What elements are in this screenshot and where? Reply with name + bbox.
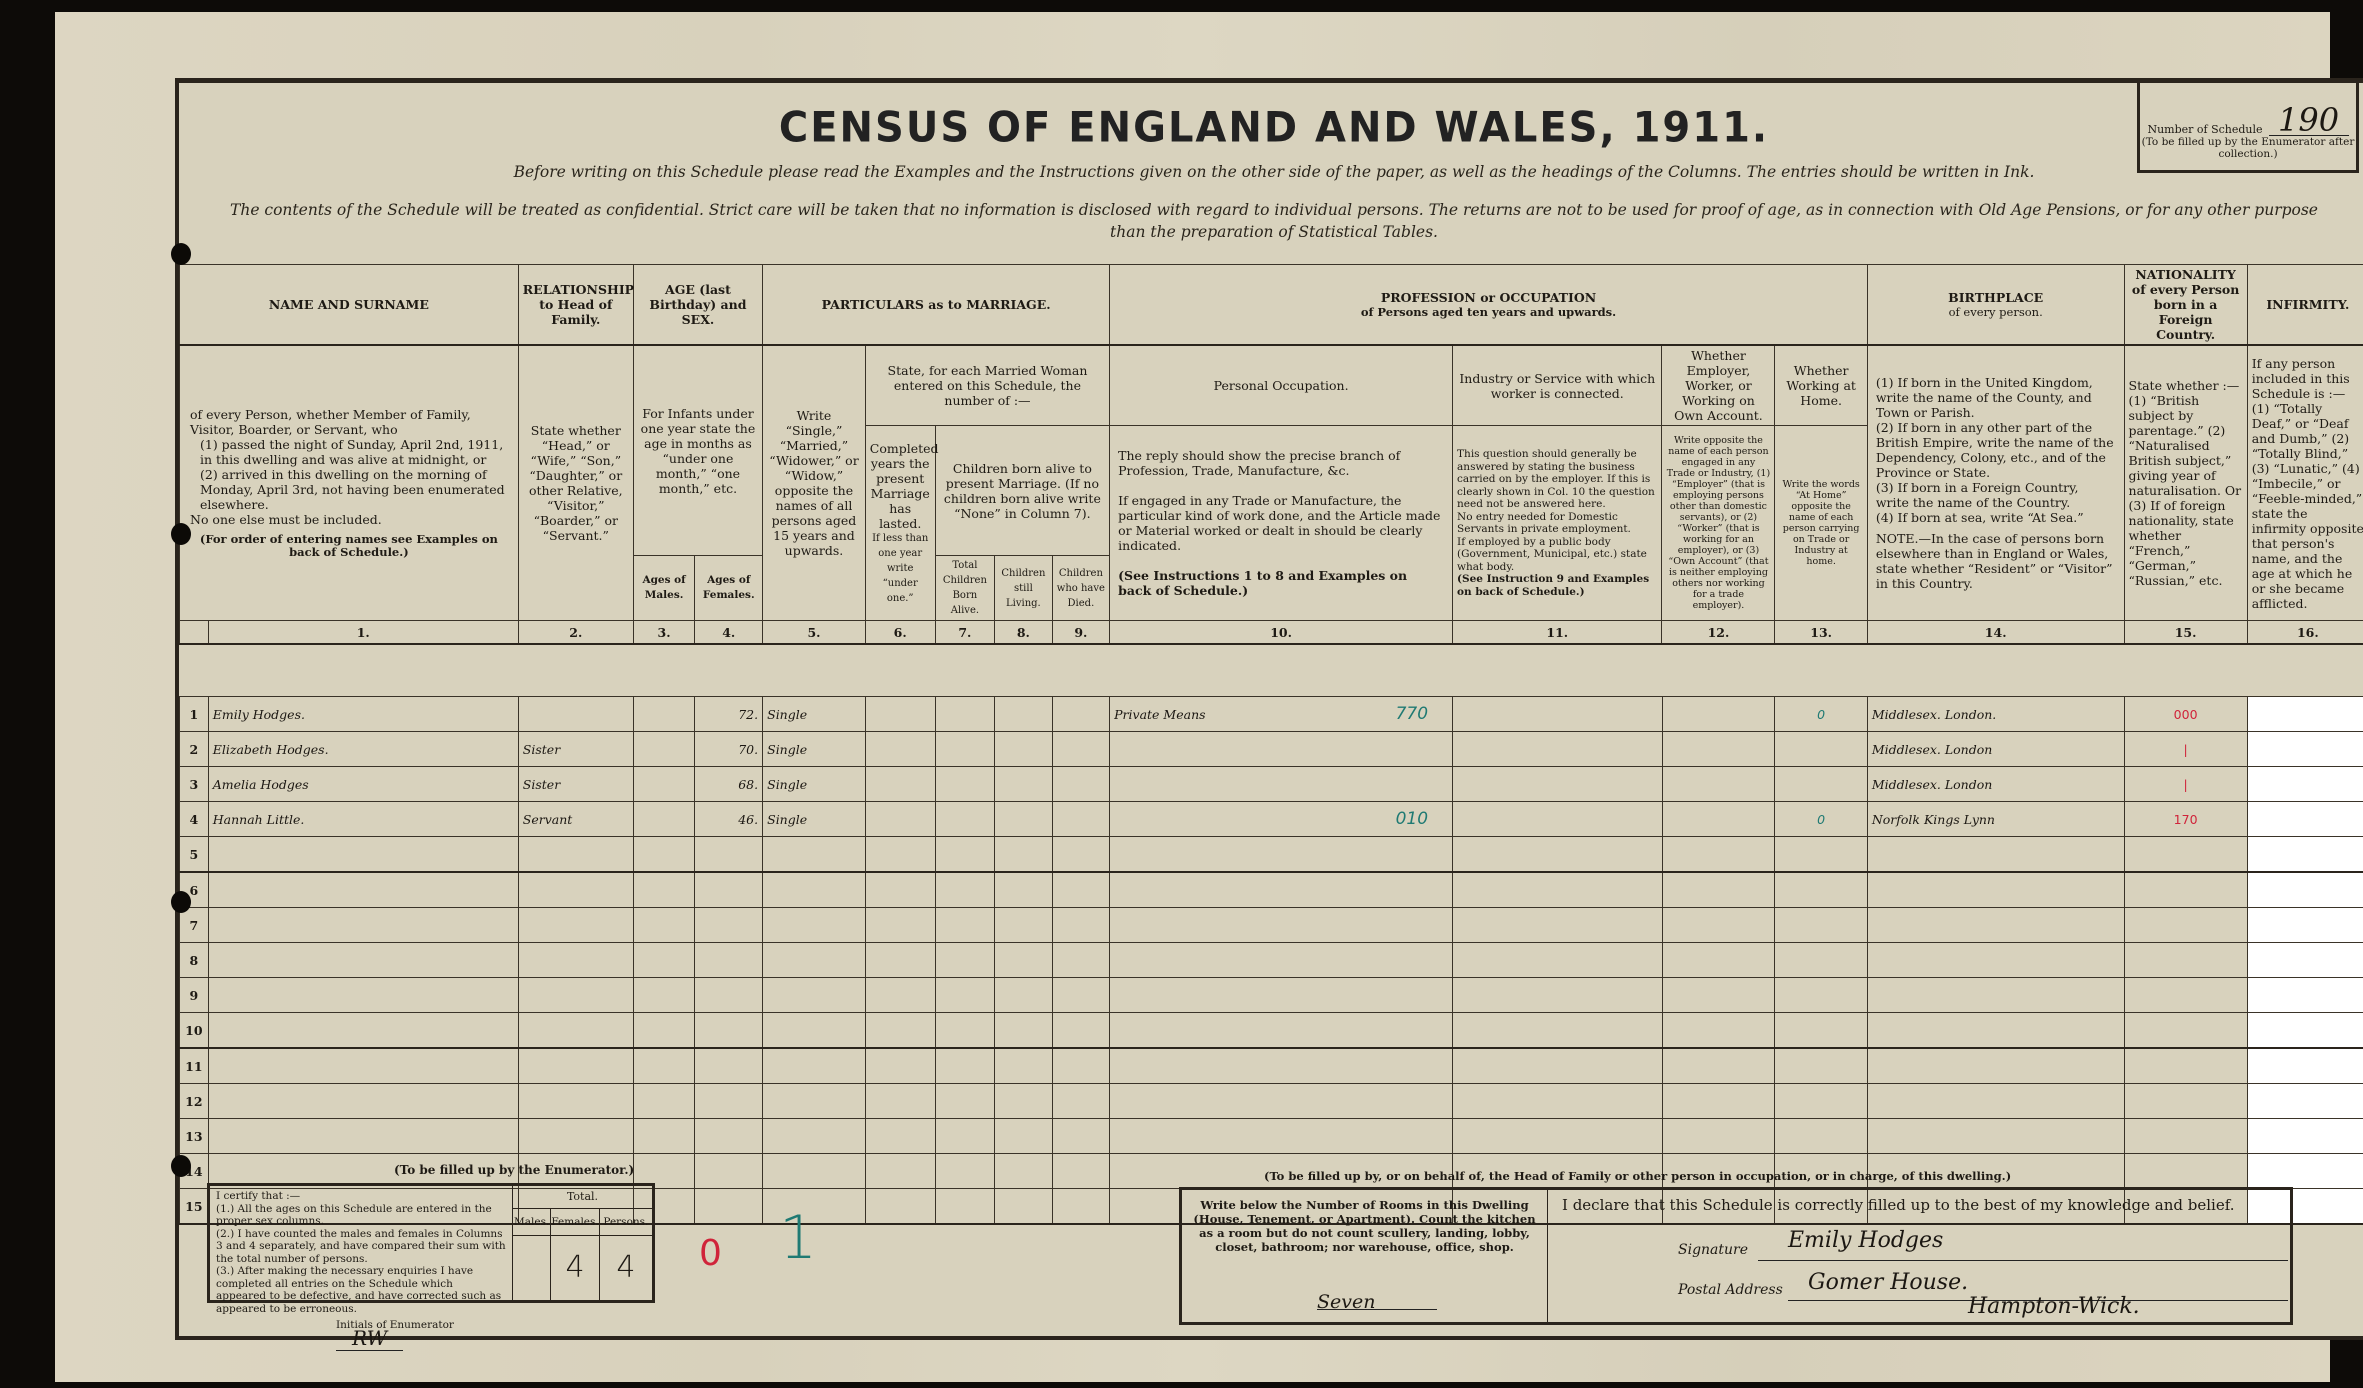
- name-cell: [208, 872, 518, 908]
- occupation-cell: [1110, 872, 1453, 908]
- column-number-7: 7.: [935, 621, 995, 645]
- table-row: 2Elizabeth Hodges.Sister70.SingleMiddles…: [180, 732, 2363, 767]
- years-married-cell: [865, 1119, 935, 1154]
- name-instructions: of every Person, whether Member of Famil…: [180, 345, 519, 621]
- ages-males-label: Ages of Males.: [633, 556, 695, 621]
- total-children-cell: [935, 1154, 995, 1189]
- table-row: 6: [180, 872, 2363, 908]
- relationship-instructions: State whether “Head,” or “Wife,” “Son,” …: [518, 345, 633, 621]
- employer-cell: [1662, 837, 1775, 873]
- female-age-cell: [695, 1084, 763, 1119]
- table-row: 10: [180, 1013, 2363, 1049]
- table-row: 12: [180, 1084, 2363, 1119]
- children-died-cell: [1052, 1013, 1109, 1049]
- census-table: NAME AND SURNAME RELATIONSHIP to Head of…: [179, 264, 2363, 645]
- industry-cell: [1453, 908, 1662, 943]
- industry-cell: [1453, 1048, 1662, 1084]
- years-married-cell: [865, 767, 935, 802]
- marital-cell: Single: [763, 767, 866, 802]
- employer-cell: [1662, 943, 1775, 978]
- marital-cell: [763, 978, 866, 1013]
- name-cell: [208, 1013, 518, 1049]
- relationship-cell: [518, 837, 633, 873]
- row-number: 15: [180, 1189, 209, 1225]
- working-home-cell: [1775, 837, 1867, 873]
- birthplace-cell: Middlesex. London: [1867, 767, 2124, 802]
- children-living-cell: [995, 1154, 1052, 1189]
- years-married-cell: [865, 1084, 935, 1119]
- children-living-cell: [995, 697, 1052, 732]
- occupation-cell: [1110, 732, 1453, 767]
- table-row: 4Hannah Little.Servant46.Single0100Norfo…: [180, 802, 2363, 837]
- enumerator-label: (To be filled up by the Enumerator.): [394, 1163, 634, 1177]
- male-age-cell: [633, 872, 695, 908]
- working-home-cell: [1775, 1084, 1867, 1119]
- confidential-line-1: The contents of the Schedule will be tre…: [179, 201, 2363, 219]
- col10-instr-3: (See Instructions 1 to 8 and Examples on…: [1118, 568, 1444, 598]
- married-woman-instructions: State, for each Married Woman entered on…: [865, 345, 1109, 426]
- relationship-cell: [518, 872, 633, 908]
- nationality-cell: [2124, 1154, 2247, 1189]
- children-instructions: Children born alive to present Marriage.…: [935, 426, 1110, 556]
- red-check-mark: 0: [699, 1233, 722, 1274]
- table-row: 3Amelia HodgesSister68.SingleMiddlesex. …: [180, 767, 2363, 802]
- years-married-cell: [865, 697, 935, 732]
- total-children-cell: [935, 1013, 995, 1049]
- row-number: 9: [180, 978, 209, 1013]
- females-label: Females.: [551, 1209, 598, 1236]
- col10-instr-2: If engaged in any Trade or Manufacture, …: [1118, 493, 1444, 553]
- working-home-cell: [1775, 943, 1867, 978]
- occupation-cell: [1110, 767, 1453, 802]
- occupation-code: 010: [1396, 812, 1428, 827]
- birthplace-cell: [1867, 1084, 2124, 1119]
- census-paper: CENSUS OF ENGLAND AND WALES, 1911. Befor…: [55, 12, 2330, 1382]
- name-cell: [208, 1048, 518, 1084]
- header-name: NAME AND SURNAME: [180, 265, 519, 346]
- census-rows: 1Emily Hodges.72.SinglePrivate Means7700…: [179, 696, 2363, 1225]
- total-males: [513, 1236, 550, 1300]
- male-age-cell: [633, 732, 695, 767]
- header-infirmity: INFIRMITY.: [2247, 265, 2363, 346]
- infirmity-cell: [2247, 1084, 2363, 1119]
- total-children-cell: [935, 732, 995, 767]
- industry-cell: [1453, 837, 1662, 873]
- female-age-cell: [695, 872, 763, 908]
- children-died-cell: [1052, 732, 1109, 767]
- industry-cell: [1453, 872, 1662, 908]
- certify-item-3: (3.) After making the necessary enquirie…: [216, 1265, 506, 1315]
- infirmity-cell: [2247, 767, 2363, 802]
- employer-cell: [1662, 732, 1775, 767]
- birthplace-cell: [1867, 872, 2124, 908]
- col6-text: Completed years the present Marriage has…: [870, 441, 931, 531]
- industry-cell: [1453, 978, 1662, 1013]
- industry-cell: [1453, 943, 1662, 978]
- birthplace-note: NOTE.—In the case of persons born elsewh…: [1876, 531, 2116, 591]
- industry-cell: [1453, 767, 1662, 802]
- years-married-cell: [865, 908, 935, 943]
- schedule-number-box: Number of Schedule 190 (To be filled up …: [2137, 83, 2359, 173]
- industry-cell: [1453, 1119, 1662, 1154]
- years-married-cell: [865, 1048, 935, 1084]
- relationship-cell: [518, 1084, 633, 1119]
- infirmity-cell: [2247, 1013, 2363, 1049]
- birthplace-instr-3: (3) If born in a Foreign Country, write …: [1876, 480, 2116, 510]
- employer-cell: [1662, 908, 1775, 943]
- certify-item-2: (2.) I have counted the males and female…: [216, 1228, 506, 1266]
- nationality-cell: [2124, 978, 2247, 1013]
- table-row: 8: [180, 943, 2363, 978]
- birthplace-cell: [1867, 1013, 2124, 1049]
- birthplace-instr-1: (1) If born in the United Kingdom, write…: [1876, 375, 2116, 420]
- declaration-text: I declare that this Schedule is correctl…: [1562, 1196, 2276, 1214]
- personal-occupation-instructions: The reply should show the precise branch…: [1110, 426, 1453, 621]
- nationality-cell: |: [2124, 767, 2247, 802]
- punch-hole: [171, 523, 191, 545]
- name-instr-1: of every Person, whether Member of Famil…: [190, 407, 508, 437]
- signature: Emily Hodges: [1788, 1228, 1943, 1253]
- name-cell: [208, 943, 518, 978]
- industry-title: Industry or Service with which worker is…: [1453, 345, 1662, 426]
- children-living-cell: [995, 1119, 1052, 1154]
- employer-cell: [1662, 767, 1775, 802]
- working-home-cell: [1775, 1013, 1867, 1049]
- total-children-cell: [935, 1189, 995, 1225]
- male-age-cell: [633, 802, 695, 837]
- relationship-cell: [518, 1048, 633, 1084]
- children-died-cell: [1052, 837, 1109, 873]
- male-age-cell: [633, 767, 695, 802]
- employer-cell: [1662, 1119, 1775, 1154]
- female-age-cell: [695, 1119, 763, 1154]
- years-married-cell: [865, 978, 935, 1013]
- relationship-cell: [518, 978, 633, 1013]
- relationship-cell: [518, 697, 633, 732]
- birthplace-cell: Middlesex. London.: [1867, 697, 2124, 732]
- total-children-cell: [935, 767, 995, 802]
- years-married-cell: [865, 872, 935, 908]
- header-birthplace-subtitle: of every person.: [1872, 305, 2120, 320]
- occupation-cell: [1110, 1048, 1453, 1084]
- name-instr-2: (1) passed the night of Sunday, April 2n…: [190, 437, 508, 467]
- children-died-cell: [1052, 1119, 1109, 1154]
- children-living-label: Children still Living.: [995, 556, 1052, 621]
- infirmity-cell: [2247, 802, 2363, 837]
- signature-line: [1758, 1260, 2288, 1261]
- name-instr-5: (For order of entering names see Example…: [190, 533, 508, 560]
- total-children-cell: [935, 1048, 995, 1084]
- punch-hole: [171, 1155, 191, 1177]
- birthplace-instr-4: (4) If born at sea, write “At Sea.”: [1876, 510, 2116, 525]
- children-living-cell: [995, 732, 1052, 767]
- industry-cell: [1453, 1084, 1662, 1119]
- children-died-label: Children who have Died.: [1052, 556, 1110, 621]
- column-number-1: 1.: [208, 621, 518, 645]
- total-children-cell: [935, 1119, 995, 1154]
- years-married-instructions: Completed years the present Marriage has…: [865, 426, 935, 621]
- nationality-cell: [2124, 1048, 2247, 1084]
- children-died-cell: [1052, 802, 1109, 837]
- ages-females-label: Ages of Females.: [695, 556, 763, 621]
- children-living-cell: [995, 872, 1052, 908]
- occupation-cell: [1110, 1119, 1453, 1154]
- marital-cell: [763, 908, 866, 943]
- relationship-cell: [518, 908, 633, 943]
- total-persons: 4: [600, 1236, 652, 1300]
- birthplace-cell: Norfolk Kings Lynn: [1867, 802, 2124, 837]
- relationship-cell: Servant: [518, 802, 633, 837]
- col11-instr-3: If employed by a public body (Government…: [1457, 536, 1657, 574]
- column-number-2: 2.: [518, 621, 633, 645]
- enumerator-initials: RW: [336, 1326, 403, 1351]
- nationality-cell: [2124, 872, 2247, 908]
- relationship-cell: Sister: [518, 732, 633, 767]
- name-cell: [208, 837, 518, 873]
- female-age-cell: 72.: [695, 697, 763, 732]
- working-home-cell: [1775, 732, 1867, 767]
- total-children-cell: [935, 943, 995, 978]
- years-married-cell: [865, 1013, 935, 1049]
- industry-instructions: This question should generally be answer…: [1453, 426, 1662, 621]
- children-living-cell: [995, 943, 1052, 978]
- schedule-number: 190: [2269, 105, 2349, 136]
- nationality-cell: |: [2124, 732, 2247, 767]
- female-age-cell: [695, 1013, 763, 1049]
- header-occupation-subtitle: of Persons aged ten years and upwards.: [1114, 305, 1863, 320]
- name-cell: Amelia Hodges: [208, 767, 518, 802]
- occupation-cell: [1110, 978, 1453, 1013]
- marital-cell: Single: [763, 697, 866, 732]
- name-cell: [208, 978, 518, 1013]
- males-label: Males.: [513, 1209, 550, 1236]
- working-home-cell: 0: [1775, 697, 1867, 732]
- row-number: 1: [180, 697, 209, 732]
- header-age: AGE (last Birthday) and SEX.: [633, 265, 762, 346]
- years-married-cell: [865, 802, 935, 837]
- row-number: 5: [180, 837, 209, 873]
- children-died-cell: [1052, 1084, 1109, 1119]
- industry-cell: [1453, 1013, 1662, 1049]
- children-living-cell: [995, 908, 1052, 943]
- table-row: 7: [180, 908, 2363, 943]
- female-age-cell: [695, 943, 763, 978]
- postal-address-2: Hampton-Wick.: [1968, 1294, 2140, 1319]
- name-instr-3: (2) arrived in this dwelling on the morn…: [190, 467, 508, 512]
- name-cell: Emily Hodges.: [208, 697, 518, 732]
- children-died-cell: [1052, 767, 1109, 802]
- children-living-cell: [995, 837, 1052, 873]
- birthplace-cell: [1867, 1119, 2124, 1154]
- nationality-cell: 170: [2124, 802, 2247, 837]
- row-number: 10: [180, 1013, 209, 1049]
- total-label: Total.: [513, 1186, 652, 1209]
- employer-instructions: Write opposite the name of each person e…: [1662, 426, 1775, 621]
- name-cell: Hannah Little.: [208, 802, 518, 837]
- children-living-cell: [995, 1189, 1052, 1225]
- occupation-cell: [1110, 908, 1453, 943]
- infirmity-cell: [2247, 1119, 2363, 1154]
- document-title: CENSUS OF ENGLAND AND WALES, 1911.: [179, 104, 2363, 152]
- male-age-cell: [633, 978, 695, 1013]
- name-cell: [208, 1119, 518, 1154]
- female-age-cell: [695, 978, 763, 1013]
- name-cell: [208, 908, 518, 943]
- children-living-cell: [995, 1084, 1052, 1119]
- nationality-cell: [2124, 908, 2247, 943]
- column-number-5: 5.: [763, 621, 866, 645]
- female-age-cell: [695, 1048, 763, 1084]
- confidential-line-2: than the preparation of Statistical Tabl…: [179, 223, 2363, 241]
- nationality-cell: [2124, 1119, 2247, 1154]
- nationality-cell: [2124, 943, 2247, 978]
- occupation-cell: [1110, 1013, 1453, 1049]
- marital-cell: [763, 1013, 866, 1049]
- nationality-cell: 000: [2124, 697, 2247, 732]
- female-age-cell: [695, 908, 763, 943]
- children-died-cell: [1052, 697, 1109, 732]
- totals: Total. Males. Females.4 Persons.4: [513, 1186, 652, 1300]
- children-died-cell: [1052, 1189, 1109, 1225]
- row-number: 4: [180, 802, 209, 837]
- marital-cell: [763, 1154, 866, 1189]
- column-number-11: 11.: [1453, 621, 1662, 645]
- row-number: 7: [180, 908, 209, 943]
- female-age-cell: [695, 1189, 763, 1225]
- birthplace-cell: [1867, 837, 2124, 873]
- occupation-text: Private Means: [1114, 707, 1205, 722]
- marital-cell: [763, 837, 866, 873]
- occupation-cell: 010: [1110, 802, 1453, 837]
- birthplace-cell: [1867, 1048, 2124, 1084]
- children-died-cell: [1052, 1048, 1109, 1084]
- relationship-cell: [518, 943, 633, 978]
- signature-label: Signature: [1678, 1242, 1748, 1258]
- industry-cell: [1453, 697, 1662, 732]
- column-number-12: 12.: [1662, 621, 1775, 645]
- marital-cell: Single: [763, 732, 866, 767]
- infirmity-cell: [2247, 837, 2363, 873]
- male-age-cell: [633, 1013, 695, 1049]
- male-age-cell: [633, 1119, 695, 1154]
- working-home-cell: [1775, 908, 1867, 943]
- personal-occupation-title: Personal Occupation.: [1110, 345, 1453, 426]
- total-children-label: Total Children Born Alive.: [935, 556, 995, 621]
- head-label: (To be filled up by, or on behalf of, th…: [1264, 1169, 2011, 1183]
- infirmity-cell: [2247, 1154, 2363, 1189]
- header-birthplace-title: BIRTHPLACE: [1872, 290, 2120, 305]
- infirmity-cell: [2247, 943, 2363, 978]
- column-number-15: 15.: [2124, 621, 2247, 645]
- years-married-cell: [865, 1154, 935, 1189]
- enumerator-certification-box: I certify that :— (1.) All the ages on t…: [207, 1183, 655, 1303]
- col11-instr-2: No entry needed for Domestic Servants in…: [1457, 511, 1657, 536]
- years-married-cell: [865, 837, 935, 873]
- children-living-cell: [995, 1048, 1052, 1084]
- infirmity-instructions: If any person included in this Schedule …: [2247, 345, 2363, 621]
- marital-cell: [763, 1119, 866, 1154]
- postal-address-1: Gomer House.: [1808, 1270, 1968, 1295]
- total-children-cell: [935, 1084, 995, 1119]
- marital-cell: [763, 943, 866, 978]
- male-age-cell: [633, 1084, 695, 1119]
- name-cell: [208, 1084, 518, 1119]
- nationality-cell: [2124, 1013, 2247, 1049]
- total-children-cell: [935, 802, 995, 837]
- industry-cell: [1453, 802, 1662, 837]
- column-number-16: 16.: [2247, 621, 2363, 645]
- col6-small: If less than one year write “under one.”: [870, 531, 931, 606]
- total-children-cell: [935, 978, 995, 1013]
- working-home-cell: 0: [1775, 802, 1867, 837]
- infirmity-cell: [2247, 908, 2363, 943]
- working-home-cell: [1775, 767, 1867, 802]
- industry-cell: [1453, 732, 1662, 767]
- employer-cell: [1662, 1013, 1775, 1049]
- total-females: 4: [551, 1236, 598, 1300]
- female-age-cell: 70.: [695, 732, 763, 767]
- occupation-cell: [1110, 837, 1453, 873]
- female-age-cell: [695, 1154, 763, 1189]
- header-relationship: RELATIONSHIP to Head of Family.: [518, 265, 633, 346]
- header-occupation: PROFESSION or OCCUPATION of Persons aged…: [1110, 265, 1868, 346]
- row-number: 8: [180, 943, 209, 978]
- male-age-cell: [633, 1048, 695, 1084]
- total-children-cell: [935, 872, 995, 908]
- employer-cell: [1662, 697, 1775, 732]
- rooms-value: Seven: [1317, 1295, 1437, 1310]
- total-children-cell: [935, 837, 995, 873]
- employer-cell: [1662, 802, 1775, 837]
- header-nationality: NATIONALITY of every Person born in a Fo…: [2124, 265, 2247, 346]
- female-age-cell: [695, 837, 763, 873]
- children-living-cell: [995, 978, 1052, 1013]
- occupation-cell: Private Means770: [1110, 697, 1453, 732]
- birthplace-cell: [1867, 908, 2124, 943]
- header-marriage: PARTICULARS as to MARRIAGE.: [763, 265, 1110, 346]
- persons-label: Persons.: [600, 1209, 652, 1236]
- employer-title: Whether Employer, Worker, or Working on …: [1662, 345, 1775, 426]
- birthplace-cell: Middlesex. London: [1867, 732, 2124, 767]
- column-number-8: 8.: [995, 621, 1052, 645]
- header-occupation-title: PROFESSION or OCCUPATION: [1114, 290, 1863, 305]
- female-age-cell: 46.: [695, 802, 763, 837]
- working-home-cell: [1775, 1048, 1867, 1084]
- nationality-instructions: State whether :— (1) “British subject by…: [2124, 345, 2247, 621]
- years-married-cell: [865, 943, 935, 978]
- working-home-cell: [1775, 1119, 1867, 1154]
- col11-instr-1: This question should generally be answer…: [1457, 448, 1657, 511]
- postal-address-label: Postal Address: [1678, 1282, 1783, 1298]
- years-married-cell: [865, 1189, 935, 1225]
- schedule-number-label: Number of Schedule: [2147, 123, 2262, 136]
- rooms-instructions: Write below the Number of Rooms in this …: [1192, 1198, 1537, 1254]
- name-cell: Elizabeth Hodges.: [208, 732, 518, 767]
- punch-hole: [171, 243, 191, 265]
- marital-instructions: Write “Single,” “Married,” “Widower,” or…: [763, 345, 866, 621]
- employer-cell: [1662, 872, 1775, 908]
- table-row: 5: [180, 837, 2363, 873]
- punch-hole: [171, 891, 191, 913]
- nationality-cell: [2124, 837, 2247, 873]
- table-row: 1Emily Hodges.72.SinglePrivate Means7700…: [180, 697, 2363, 732]
- certify-heading: I certify that :—: [216, 1190, 506, 1203]
- children-living-cell: [995, 1013, 1052, 1049]
- schedule-number-note: (To be filled up by the Enumerator after…: [2140, 136, 2356, 160]
- working-home-instructions: Write the words “At Home” opposite the n…: [1775, 426, 1867, 621]
- infirmity-cell: [2247, 1048, 2363, 1084]
- years-married-cell: [865, 732, 935, 767]
